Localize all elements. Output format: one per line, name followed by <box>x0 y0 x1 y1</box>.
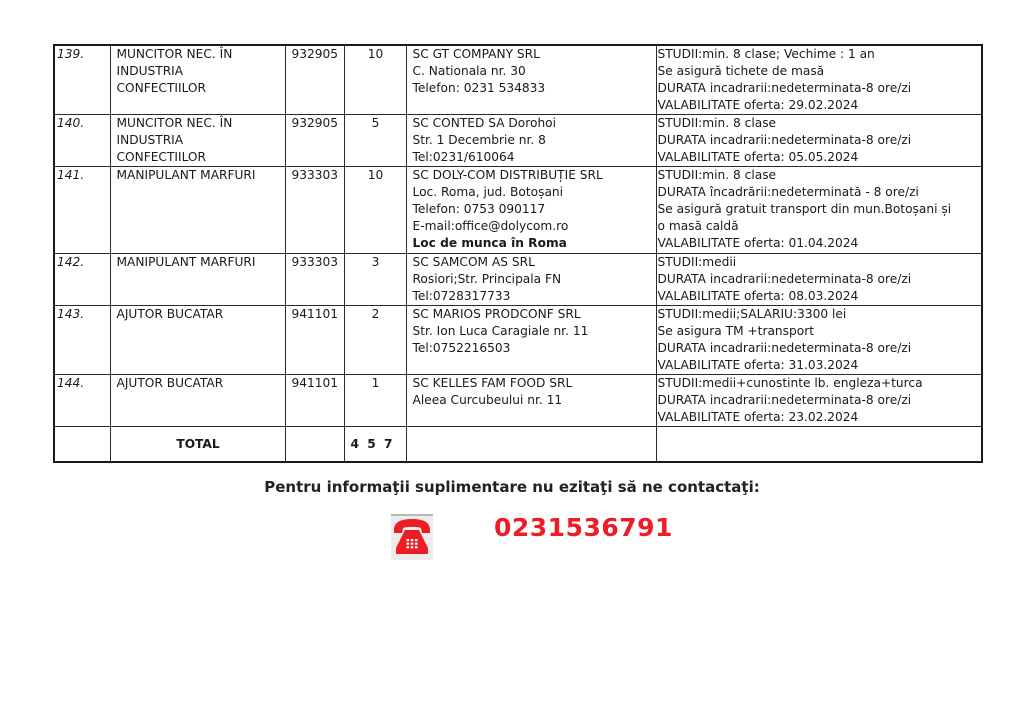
cor-code: 932905 <box>285 115 344 167</box>
occupation: MUNCITOR NEC. ÎN INDUSTRIA CONFECTIILOR <box>110 115 285 167</box>
employer: SC GT COMPANY SRL C. Nationala nr. 30 Te… <box>406 45 656 115</box>
employer: SC KELLES FAM FOOD SRL Aleea Curcubeului… <box>406 375 656 427</box>
table-row: 143. AJUTOR BUCATAR 941101 2 SC MARIOS P… <box>54 306 982 375</box>
requirements: STUDII:min. 8 clase; Vechime : 1 an Se a… <box>656 45 982 115</box>
requirements: STUDII:medii+cunostinte lb. engleza+turc… <box>656 375 982 427</box>
employer: SC MARIOS PRODCONF SRL Str. Ion Luca Car… <box>406 306 656 375</box>
total-row: TOTAL 4 5 7 <box>54 427 982 463</box>
contact-phone-number[interactable]: 0231536791 <box>494 513 673 542</box>
positions-count: 2 <box>344 306 406 375</box>
table-row: 144. AJUTOR BUCATAR 941101 1 SC KELLES F… <box>54 375 982 427</box>
positions-count: 1 <box>344 375 406 427</box>
positions-count: 5 <box>344 115 406 167</box>
employer: SC DOLY-COM DISTRIBUȚIE SRL Loc. Roma, j… <box>406 167 656 254</box>
table-row: 140. MUNCITOR NEC. ÎN INDUSTRIA CONFECTI… <box>54 115 982 167</box>
positions-count: 10 <box>344 45 406 115</box>
total-value: 4 5 7 <box>344 427 406 463</box>
requirements: STUDII:medii DURATA incadrarii:nedetermi… <box>656 254 982 306</box>
occupation: MANIPULANT MARFURI <box>110 254 285 306</box>
cor-code: 932905 <box>285 45 344 115</box>
cor-code: 933303 <box>285 254 344 306</box>
job-offers-table: 139. MUNCITOR NEC. ÎN INDUSTRIA CONFECTI… <box>53 44 983 463</box>
employer-note: Loc de munca în Roma <box>413 235 654 252</box>
contact-message: Pentru informaţii suplimentare nu ezitaţ… <box>0 478 1024 496</box>
row-number: 143. <box>54 306 110 375</box>
row-number: 139. <box>54 45 110 115</box>
total-empty-cell <box>285 427 344 463</box>
telephone-icon <box>391 514 433 560</box>
cor-code: 941101 <box>285 306 344 375</box>
cor-code: 933303 <box>285 167 344 254</box>
requirements: STUDII:medii;SALARIU:3300 lei Se asigura… <box>656 306 982 375</box>
total-label: TOTAL <box>110 427 285 463</box>
table-row: 142. MANIPULANT MARFURI 933303 3 SC SAMC… <box>54 254 982 306</box>
cor-code: 941101 <box>285 375 344 427</box>
row-number: 140. <box>54 115 110 167</box>
row-number: 141. <box>54 167 110 254</box>
occupation: MANIPULANT MARFURI <box>110 167 285 254</box>
table-row: 141. MANIPULANT MARFURI 933303 10 SC DOL… <box>54 167 982 254</box>
total-empty-cell <box>406 427 656 463</box>
row-number: 144. <box>54 375 110 427</box>
employer: SC CONTED SA Dorohoi Str. 1 Decembrie nr… <box>406 115 656 167</box>
occupation: MUNCITOR NEC. ÎN INDUSTRIA CONFECTIILOR <box>110 45 285 115</box>
occupation: AJUTOR BUCATAR <box>110 375 285 427</box>
requirements: STUDII:min. 8 clase DURATA incadrarii:ne… <box>656 115 982 167</box>
row-number: 142. <box>54 254 110 306</box>
positions-count: 3 <box>344 254 406 306</box>
positions-count: 10 <box>344 167 406 254</box>
requirements: STUDII:min. 8 clase DURATA încadrării:ne… <box>656 167 982 254</box>
total-empty-cell <box>54 427 110 463</box>
occupation: AJUTOR BUCATAR <box>110 306 285 375</box>
employer: SC SAMCOM AS SRL Rosiori;Str. Principala… <box>406 254 656 306</box>
employer-email: E-mail:office@dolycom.ro <box>413 218 654 235</box>
total-empty-cell <box>656 427 982 463</box>
table-row: 139. MUNCITOR NEC. ÎN INDUSTRIA CONFECTI… <box>54 45 982 115</box>
